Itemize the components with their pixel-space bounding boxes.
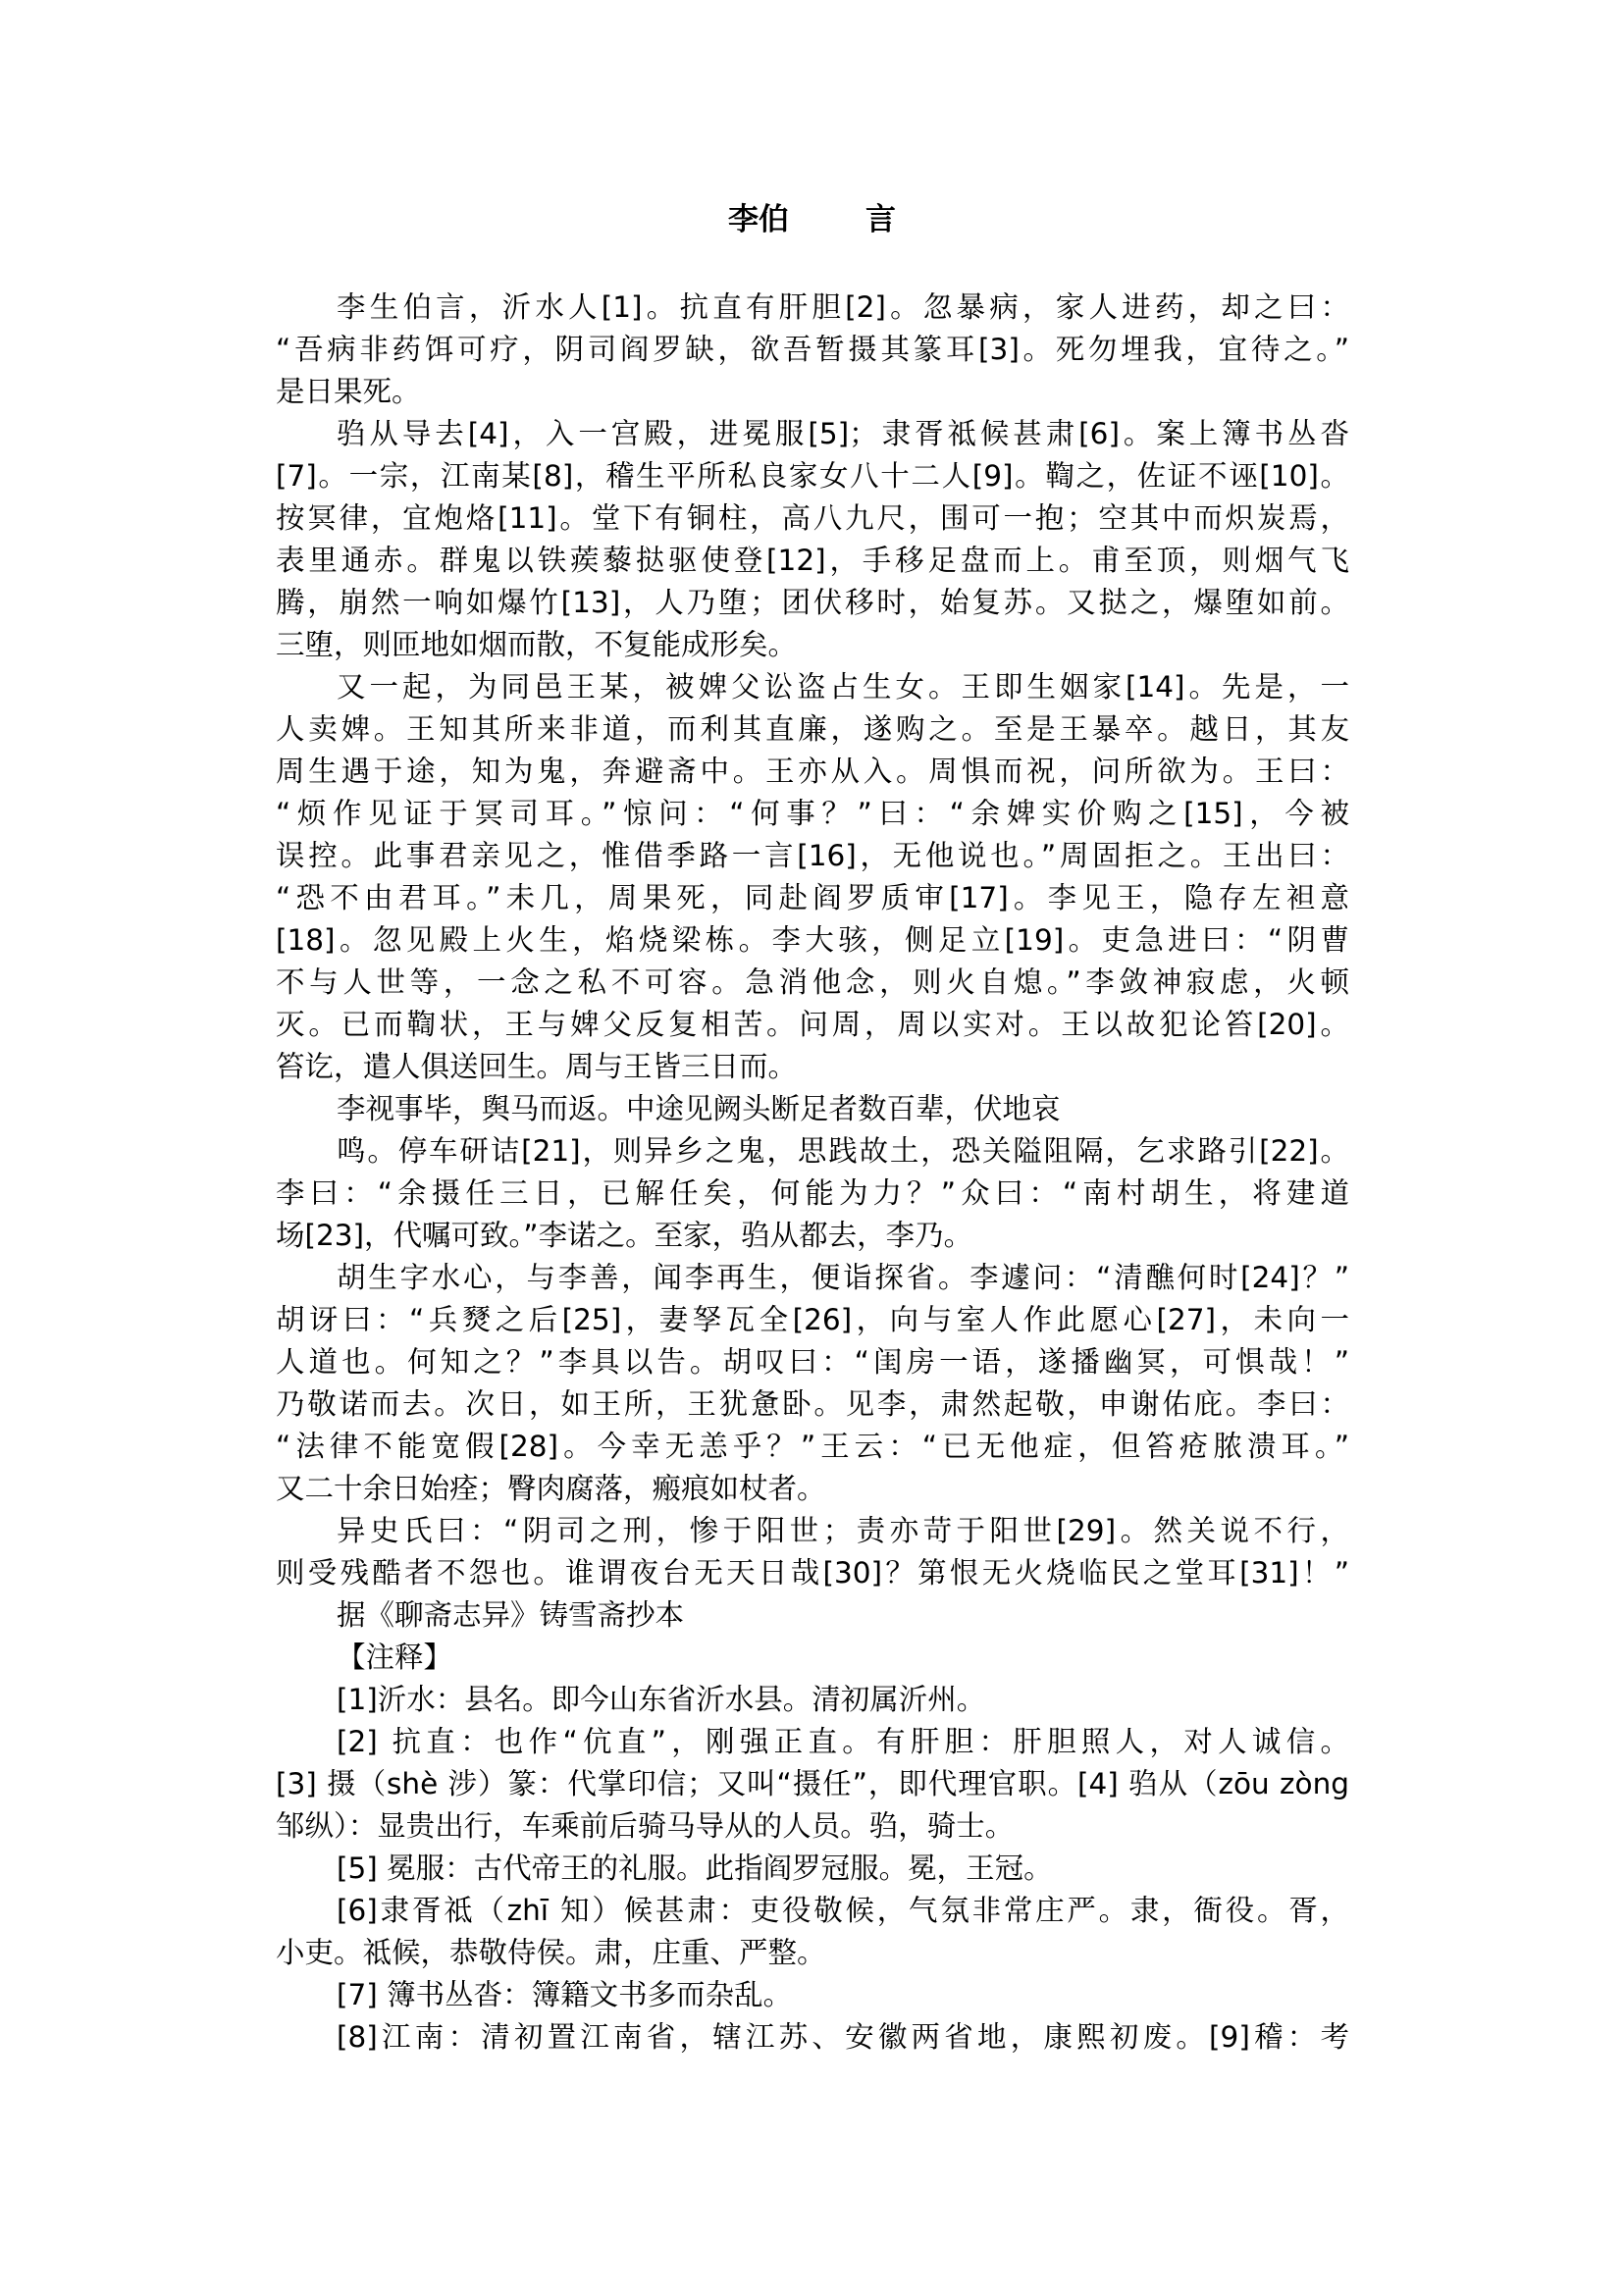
text-line: 是日果死。 [276, 371, 1349, 413]
text-line-content: 李生伯言，沂水人[1]。抗直有肝胆[2]。忽暴病，家人进药，却之曰： [337, 287, 1349, 329]
text-line: [1]沂水：县名。即今山东省沂水县。清初属沂州。 [276, 1679, 1349, 1721]
text-line: “法律不能宽假[28]。今幸无恙乎？”王云：“已无他症，但笞疮脓溃耳。” [276, 1426, 1349, 1468]
text-line-content: 【注释】 [337, 1637, 1349, 1679]
text-line: 误控。此事君亲见之，惟借季路一言[16]，无他说也。”周固拒之。王出曰： [276, 835, 1349, 877]
text-line: [3] 摄（shè 涉）篆：代掌印信；又叫“摄任”，即代理官职。[4] 驺从（z… [276, 1763, 1349, 1805]
title-part-1: 李伯 [728, 202, 789, 237]
text-line: “恐不由君耳。”未几，周果死，同赴阎罗质审[17]。李见王，隐存左袒意 [276, 877, 1349, 919]
text-line-content: [8]江南：清初置江南省，辖江苏、安徽两省地，康熙初废。[9]稽：考 [337, 2016, 1349, 2059]
text-line-content: 按冥律，宜炮烙[11]。堂下有铜柱，高八九尺，围可一抱；空其中而炽炭焉， [276, 497, 1349, 540]
text-line-content: 人卖婢。王知其所来非道，而利其直廉，遂购之。至是王暴卒。越日，其友 [276, 708, 1349, 751]
text-line-content: 表里通赤。群鬼以铁蒺藜挞驱使登[12]，手移足盘而上。甫至顶，则烟气飞 [276, 540, 1349, 582]
title-part-2: 言 [865, 202, 896, 237]
text-line: 腾，崩然一响如爆竹[13]，人乃堕；团伏移时，始复苏。又挞之，爆堕如前。 [276, 582, 1349, 624]
text-line-content: 胡讶曰：“兵燹之后[25]，妻孥瓦全[26]，向与室人作此愿心[27]，未向一 [276, 1299, 1349, 1341]
text-line: 邹纵）：显贵出行，车乘前后骑马导从的人员。驺，骑士。 [276, 1805, 1349, 1848]
text-line-content: [7] 簿书丛沓：簿籍文书多而杂乱。 [337, 1974, 1349, 2016]
text-line: 则受残酷者不怨也。谁谓夜台无天日哉[30]？第恨无火烧临民之堂耳[31]！” [276, 1552, 1349, 1594]
document-body: 李生伯言，沂水人[1]。抗直有肝胆[2]。忽暴病，家人进药，却之曰：“吾病非药饵… [276, 287, 1349, 2059]
text-line: [5] 冕服：古代帝王的礼服。此指阎罗冠服。冕，王冠。 [276, 1848, 1349, 1890]
text-line: 人卖婢。王知其所来非道，而利其直廉，遂购之。至是王暴卒。越日，其友 [276, 708, 1349, 751]
text-line: [18]。忽见殿上火生，焰烧梁栋。李大骇，侧足立[19]。吏急进曰：“阴曹 [276, 919, 1349, 962]
text-line-content: “恐不由君耳。”未几，周果死，同赴阎罗质审[17]。李见王，隐存左袒意 [276, 877, 1349, 919]
text-line-content: 异史氏曰：“阴司之刑，惨于阳世；责亦苛于阳世[29]。然关说不行， [337, 1510, 1349, 1552]
text-line: 场[23]，代嘱可致。”李诺之。至家，驺从都去，李乃。 [276, 1215, 1349, 1257]
document-page: 李伯言 李生伯言，沂水人[1]。抗直有肝胆[2]。忽暴病，家人进药，却之曰：“吾… [0, 0, 1624, 2294]
text-line: 笞讫，遣人俱送回生。周与王皆三日而。 [276, 1046, 1349, 1088]
text-line: [7]。一宗，江南某[8]，稽生平所私良家女八十二人[9]。鞫之，佐证不诬[10… [276, 455, 1349, 497]
text-line-content: 李视事毕，舆马而返。中途见阙头断足者数百辈，伏地哀 [337, 1088, 1349, 1130]
text-line: 人道也。何知之？”李具以告。胡叹曰：“闺房一语，遂播幽冥，可惧哉！” [276, 1341, 1349, 1383]
text-line-content: “吾病非药饵可疗，阴司阎罗缺，欲吾暂摄其篆耳[3]。死勿埋我，宜待之。” [276, 329, 1349, 371]
text-line: 又二十余日始痊；臀肉腐落，瘢痕如杖者。 [276, 1468, 1349, 1510]
text-line: 据《聊斋志异》铸雪斋抄本 [276, 1594, 1349, 1637]
page-title: 李伯言 [0, 200, 1624, 239]
text-line-content: “烦作见证于冥司耳。”惊问：“何事？”曰：“余婢实价购之[15]，今被 [276, 793, 1349, 835]
text-line-content: 又一起，为同邑王某，被婢父讼盗占生女。王即生姻家[14]。先是，一 [337, 666, 1349, 708]
text-line-content: [6]隶胥祗（zhī 知）候甚肃：吏役敬候，气氛非常庄严。隶，衙役。胥， [337, 1890, 1349, 1932]
text-line: 又一起，为同邑王某，被婢父讼盗占生女。王即生姻家[14]。先是，一 [276, 666, 1349, 708]
text-line: “吾病非药饵可疗，阴司阎罗缺，欲吾暂摄其篆耳[3]。死勿埋我，宜待之。” [276, 329, 1349, 371]
text-line: 小吏。祗候，恭敬侍侯。肃，庄重、严整。 [276, 1932, 1349, 1974]
text-line-content: 误控。此事君亲见之，惟借季路一言[16]，无他说也。”周固拒之。王出曰： [276, 835, 1349, 877]
text-line-content: 场[23]，代嘱可致。”李诺之。至家，驺从都去，李乃。 [276, 1215, 1349, 1257]
text-line: “烦作见证于冥司耳。”惊问：“何事？”曰：“余婢实价购之[15]，今被 [276, 793, 1349, 835]
text-line: 周生遇于途，知为鬼，奔避斋中。王亦从入。周惧而祝，问所欲为。王曰： [276, 751, 1349, 793]
text-line: 李视事毕，舆马而返。中途见阙头断足者数百辈，伏地哀 [276, 1088, 1349, 1130]
text-line: 表里通赤。群鬼以铁蒺藜挞驱使登[12]，手移足盘而上。甫至顶，则烟气飞 [276, 540, 1349, 582]
text-line: 按冥律，宜炮烙[11]。堂下有铜柱，高八九尺，围可一抱；空其中而炽炭焉， [276, 497, 1349, 540]
text-line-content: [5] 冕服：古代帝王的礼服。此指阎罗冠服。冕，王冠。 [337, 1848, 1349, 1890]
text-line-content: 周生遇于途，知为鬼，奔避斋中。王亦从入。周惧而祝，问所欲为。王曰： [276, 751, 1349, 793]
text-line-content: 腾，崩然一响如爆竹[13]，人乃堕；团伏移时，始复苏。又挞之，爆堕如前。 [276, 582, 1349, 624]
text-line: 鸣。停车研诘[21]，则异乡之鬼，思践故土，恐关隘阻隔，乞求路引[22]。 [276, 1130, 1349, 1173]
text-line: 【注释】 [276, 1637, 1349, 1679]
text-line-content: [18]。忽见殿上火生，焰烧梁栋。李大骇，侧足立[19]。吏急进曰：“阴曹 [276, 919, 1349, 962]
text-line-content: [2] 抗直：也作“伉直”，刚强正直。有肝胆：肝胆照人，对人诚信。 [337, 1721, 1349, 1763]
text-line-content: 三堕，则匝地如烟而散，不复能成形矣。 [276, 624, 1349, 666]
text-line: 李生伯言，沂水人[1]。抗直有肝胆[2]。忽暴病，家人进药，却之曰： [276, 287, 1349, 329]
text-line-content: 则受残酷者不怨也。谁谓夜台无天日哉[30]？第恨无火烧临民之堂耳[31]！” [276, 1552, 1349, 1594]
text-line: 异史氏曰：“阴司之刑，惨于阳世；责亦苛于阳世[29]。然关说不行， [276, 1510, 1349, 1552]
text-line-content: “法律不能宽假[28]。今幸无恙乎？”王云：“已无他症，但笞疮脓溃耳。” [276, 1426, 1349, 1468]
text-line: 驺从导去[4]，入一宫殿，进冕服[5]；隶胥祗候甚肃[6]。案上簿书丛沓 [276, 413, 1349, 455]
text-line-content: 据《聊斋志异》铸雪斋抄本 [337, 1594, 1349, 1637]
text-line: 乃敬诺而去。次日，如王所，王犹惫卧。见李，肃然起敬，申谢佑庇。李曰： [276, 1383, 1349, 1426]
text-line: 三堕，则匝地如烟而散，不复能成形矣。 [276, 624, 1349, 666]
text-line: 胡生字水心，与李善，闻李再生，便诣探省。李遽问：“清醮何时[24]？” [276, 1257, 1349, 1299]
text-line-content: [7]。一宗，江南某[8]，稽生平所私良家女八十二人[9]。鞫之，佐证不诬[10… [276, 455, 1349, 497]
text-line: 李曰：“余摄任三日，已解任矣，何能为力？”众曰：“南村胡生，将建道 [276, 1173, 1349, 1215]
text-line-content: 胡生字水心，与李善，闻李再生，便诣探省。李遽问：“清醮何时[24]？” [337, 1257, 1349, 1299]
text-line-content: 灭。已而鞫状，王与婢父反复相苦。问周，周以实对。王以故犯论笞[20]。 [276, 1004, 1349, 1046]
text-line: [2] 抗直：也作“伉直”，刚强正直。有肝胆：肝胆照人，对人诚信。 [276, 1721, 1349, 1763]
text-line-content: 乃敬诺而去。次日，如王所，王犹惫卧。见李，肃然起敬，申谢佑庇。李曰： [276, 1383, 1349, 1426]
text-line-content: 邹纵）：显贵出行，车乘前后骑马导从的人员。驺，骑士。 [276, 1805, 1349, 1848]
text-line: 胡讶曰：“兵燹之后[25]，妻孥瓦全[26]，向与室人作此愿心[27]，未向一 [276, 1299, 1349, 1341]
text-line-content: 鸣。停车研诘[21]，则异乡之鬼，思践故土，恐关隘阻隔，乞求路引[22]。 [337, 1130, 1349, 1173]
text-line: 不与人世等，一念之私不可容。急消他念，则火自熄。”李敛神寂虑，火顿 [276, 962, 1349, 1004]
text-line-content: 不与人世等，一念之私不可容。急消他念，则火自熄。”李敛神寂虑，火顿 [276, 962, 1349, 1004]
text-line: [8]江南：清初置江南省，辖江苏、安徽两省地，康熙初废。[9]稽：考 [276, 2016, 1349, 2059]
text-line-content: 是日果死。 [276, 371, 1349, 413]
text-line-content: [1]沂水：县名。即今山东省沂水县。清初属沂州。 [337, 1679, 1349, 1721]
text-line-content: 李曰：“余摄任三日，已解任矣，何能为力？”众曰：“南村胡生，将建道 [276, 1173, 1349, 1215]
text-line: 灭。已而鞫状，王与婢父反复相苦。问周，周以实对。王以故犯论笞[20]。 [276, 1004, 1349, 1046]
text-line: [6]隶胥祗（zhī 知）候甚肃：吏役敬候，气氛非常庄严。隶，衙役。胥， [276, 1890, 1349, 1932]
text-line-content: 笞讫，遣人俱送回生。周与王皆三日而。 [276, 1046, 1349, 1088]
text-line-content: 小吏。祗候，恭敬侍侯。肃，庄重、严整。 [276, 1932, 1349, 1974]
text-line-content: [3] 摄（shè 涉）篆：代掌印信；又叫“摄任”，即代理官职。[4] 驺从（z… [276, 1763, 1349, 1805]
text-line-content: 人道也。何知之？”李具以告。胡叹曰：“闺房一语，遂播幽冥，可惧哉！” [276, 1341, 1349, 1383]
text-line-content: 又二十余日始痊；臀肉腐落，瘢痕如杖者。 [276, 1468, 1349, 1510]
text-line: [7] 簿书丛沓：簿籍文书多而杂乱。 [276, 1974, 1349, 2016]
text-line-content: 驺从导去[4]，入一宫殿，进冕服[5]；隶胥祗候甚肃[6]。案上簿书丛沓 [337, 413, 1349, 455]
